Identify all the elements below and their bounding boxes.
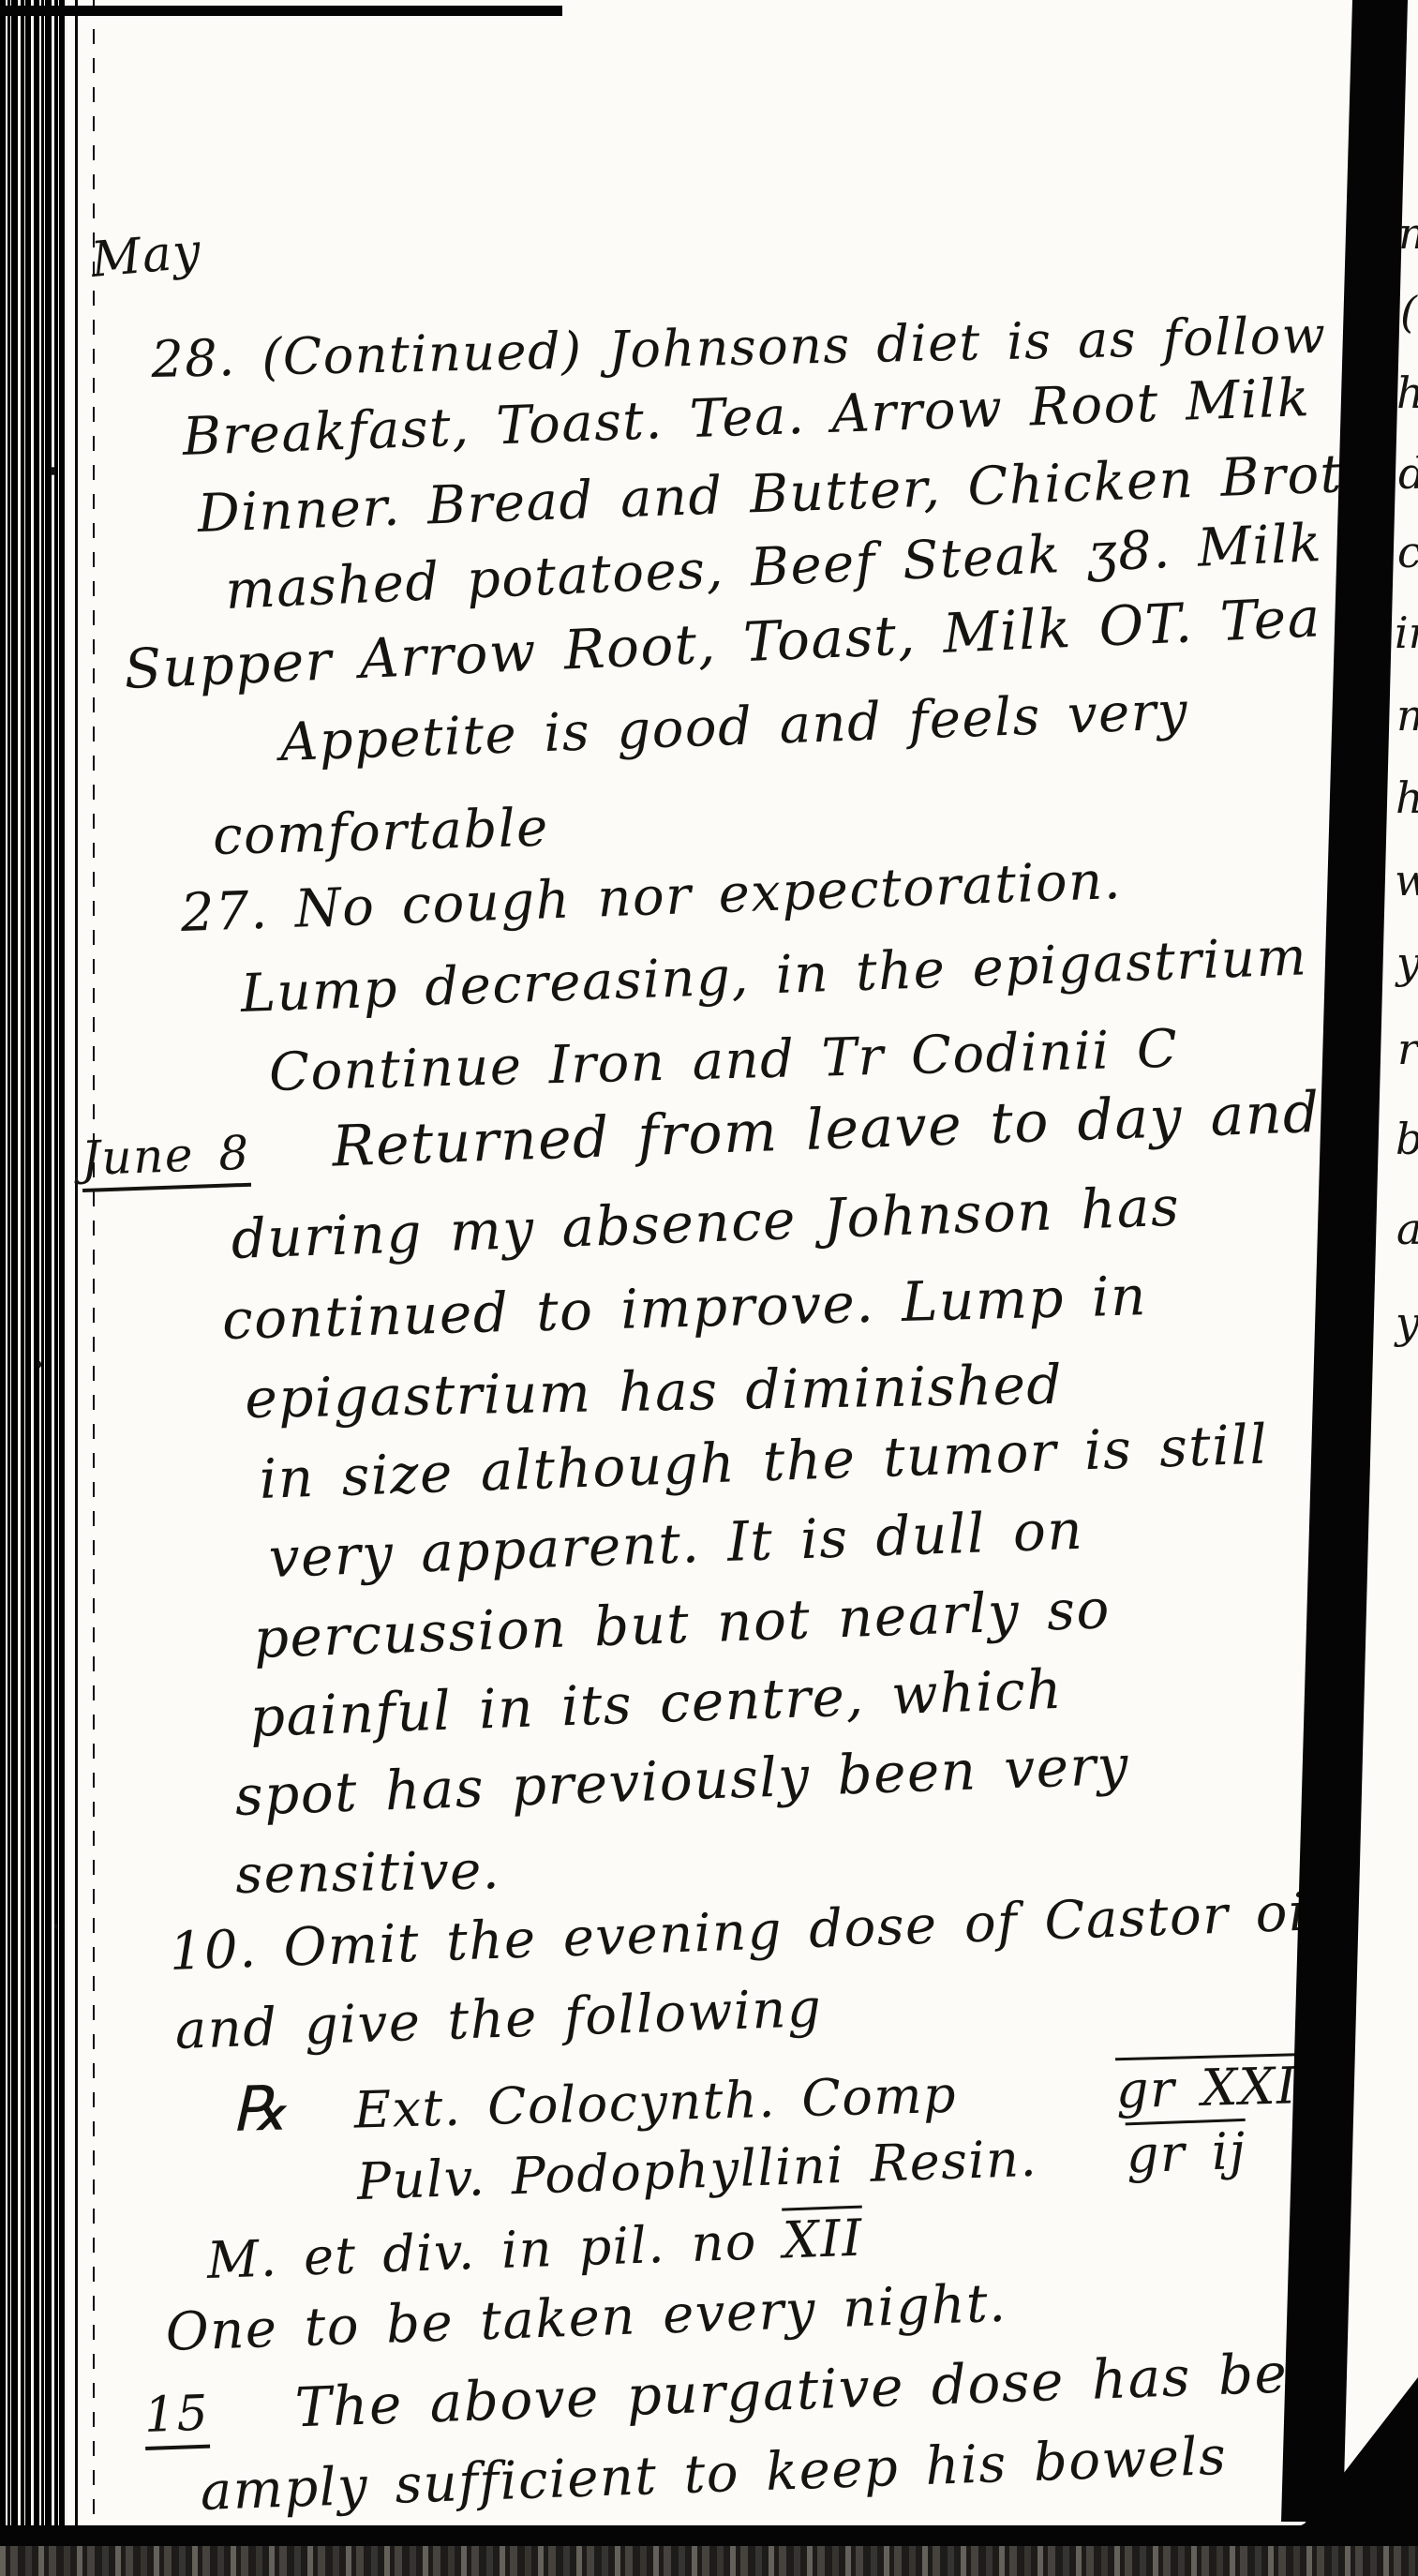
- facing-page-text-fragment: w: [1395, 855, 1418, 906]
- facing-page-text-fragment: y: [1396, 1297, 1418, 1348]
- bottom-scan-noise: [0, 2546, 1418, 2576]
- facing-page-text-fragment: m: [1396, 690, 1418, 741]
- facing-page-text-fragment: r: [1397, 1024, 1418, 1074]
- scanned-manuscript-page: May 28. (Continued) Johnsons diet is as …: [0, 0, 1418, 2576]
- facing-page-text-fragment: b: [1396, 1114, 1418, 1164]
- facing-page-text-fragment: c: [1397, 527, 1418, 577]
- book-gutter-overlay: [0, 0, 1418, 2576]
- facing-page-text-fragment: h: [1396, 772, 1418, 823]
- facing-page-text-fragment: in: [1395, 607, 1418, 658]
- facing-page-text-fragment: m: [1398, 208, 1418, 259]
- facing-page-text-fragment: d: [1398, 448, 1418, 499]
- facing-page-text-fragment: (: [1400, 287, 1417, 337]
- facing-page-text-fragment: a: [1396, 1204, 1418, 1254]
- facing-page-text-fragment: h: [1396, 367, 1418, 418]
- facing-page-text-fragment: y: [1396, 937, 1418, 988]
